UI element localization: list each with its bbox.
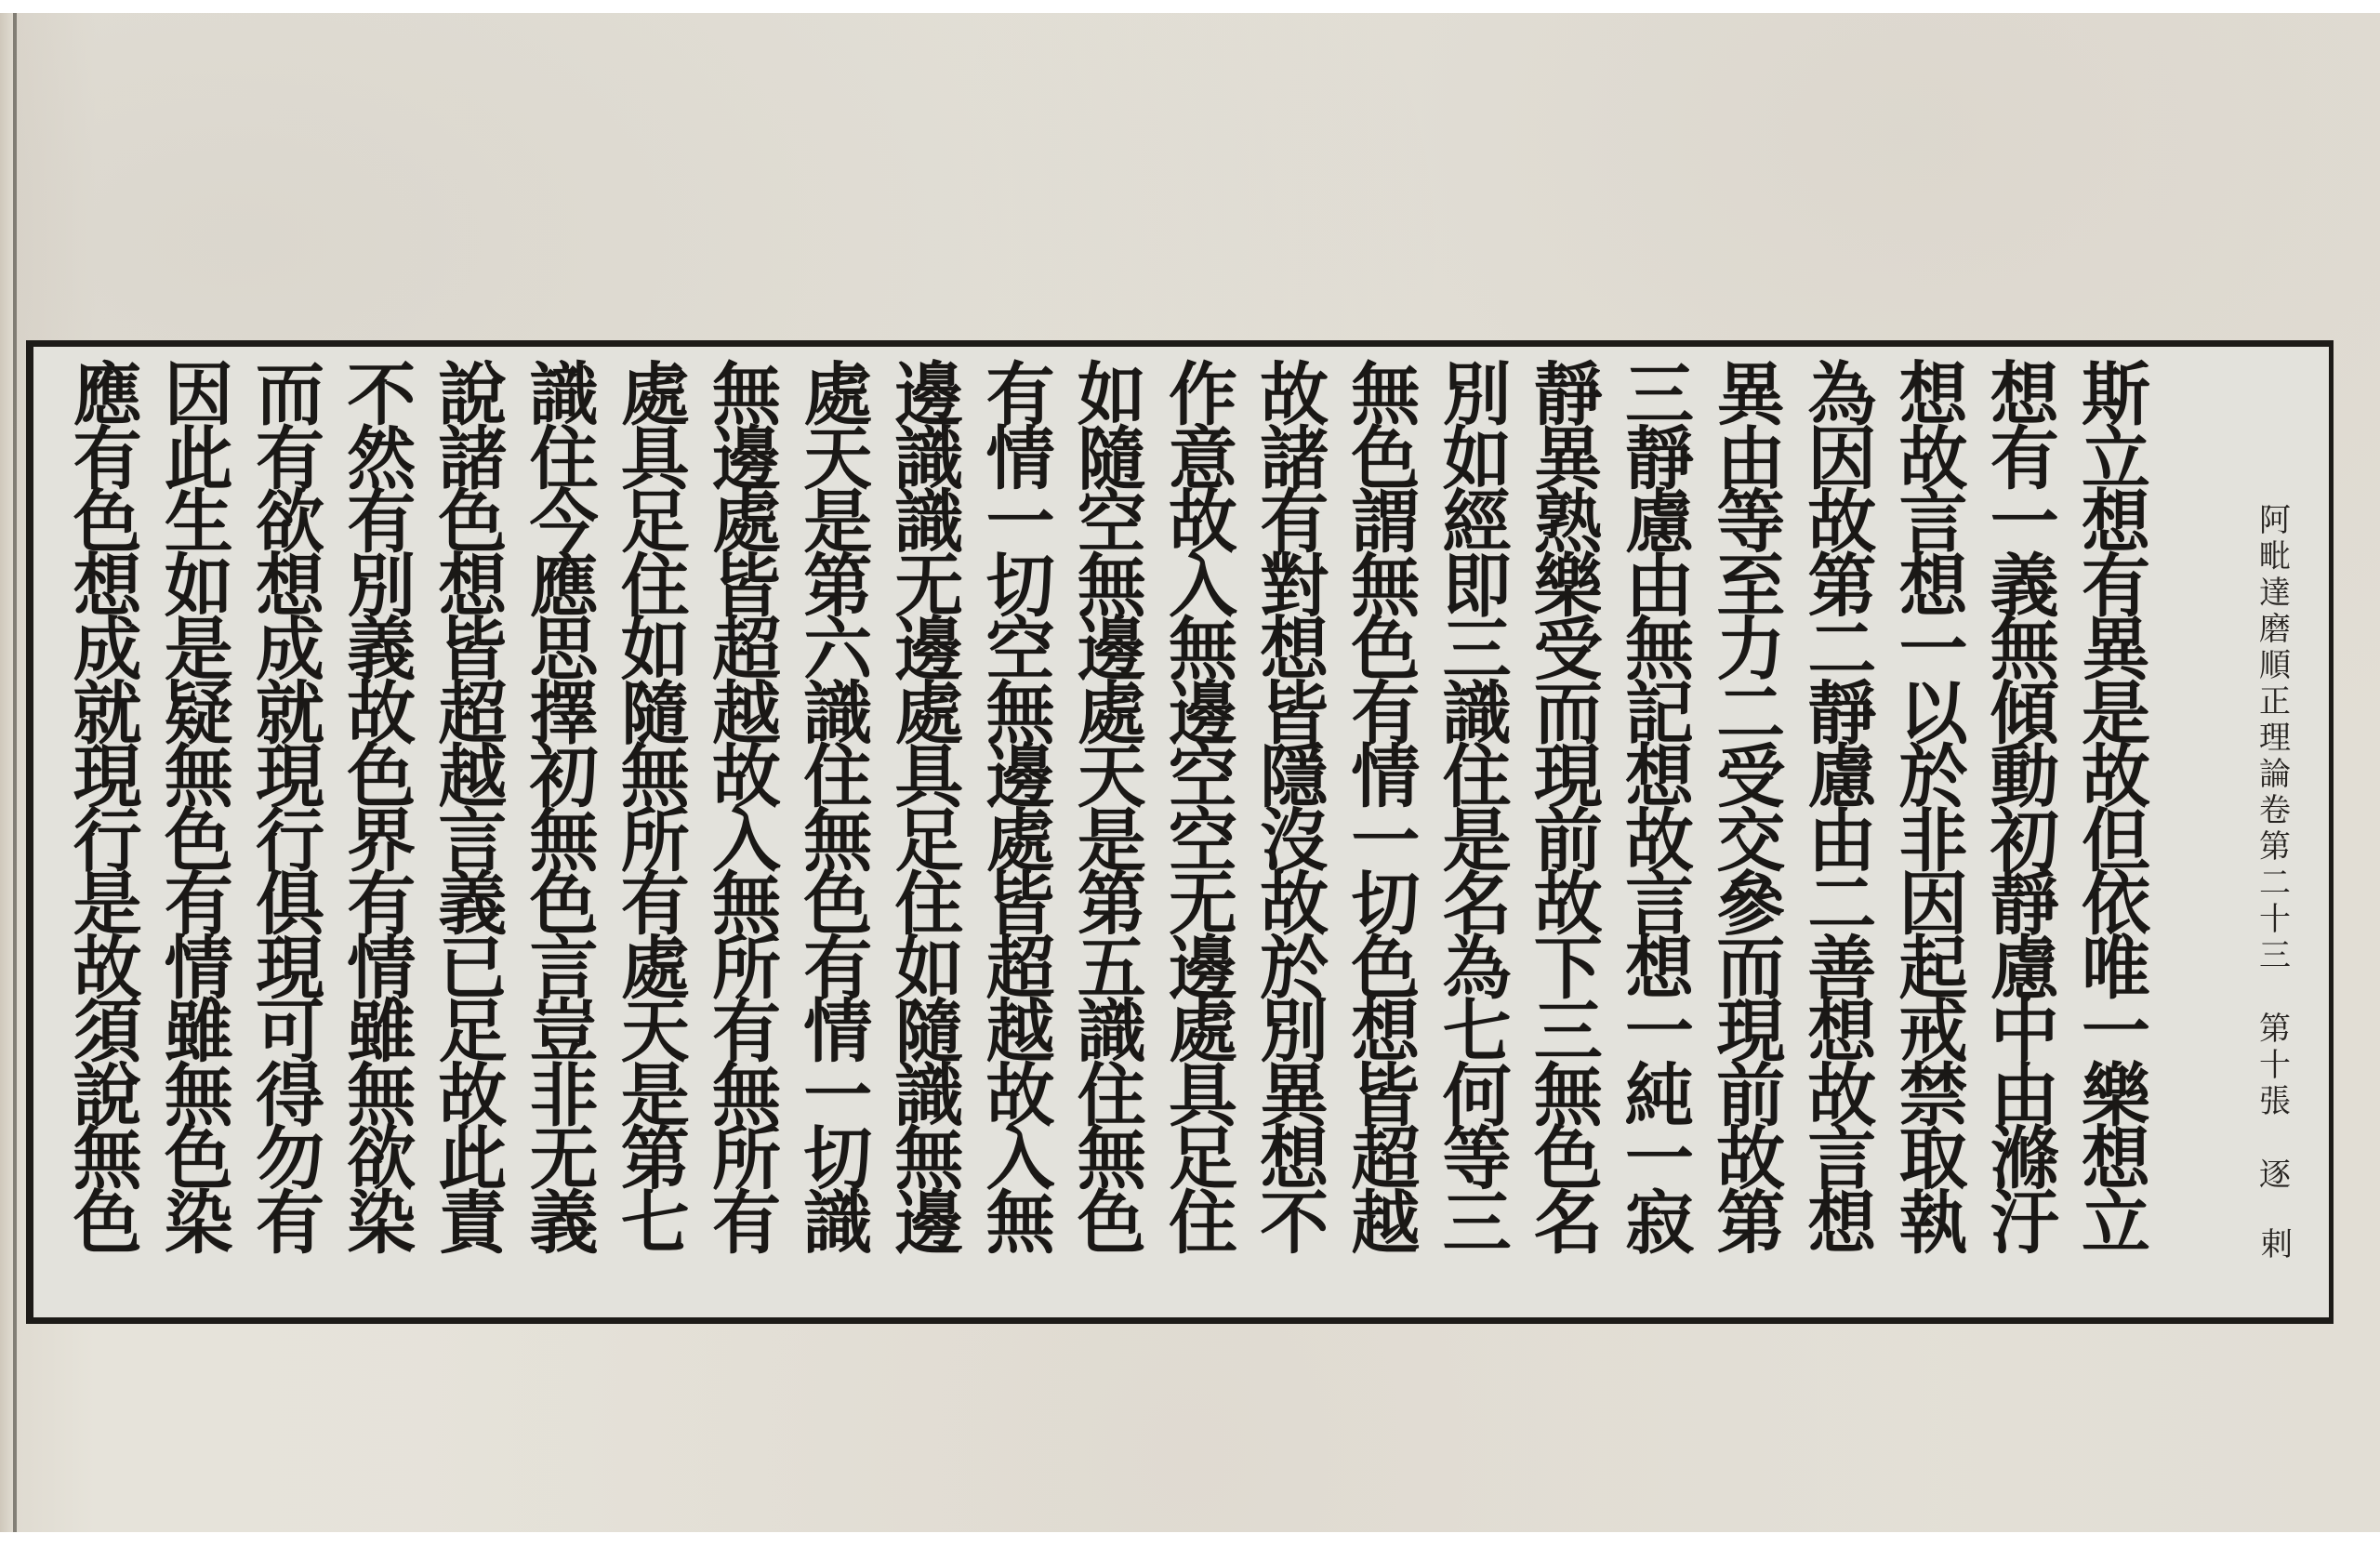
- character: 空: [1157, 810, 1249, 874]
- character: 汙: [1978, 1192, 2071, 1256]
- character: 有: [335, 491, 428, 555]
- character: 義: [335, 618, 428, 682]
- character: 邊: [974, 746, 1067, 810]
- text-column: 因此生如是疑無色有情雖無色染: [152, 364, 245, 1255]
- text-column: 處天是第六識住無色有情一切識: [791, 364, 884, 1255]
- character: 取: [1887, 1128, 1980, 1192]
- character: 如: [609, 618, 702, 682]
- character: 因: [152, 364, 245, 428]
- character: 故: [2069, 746, 2162, 810]
- character: 成: [61, 618, 154, 682]
- character: 邊: [1157, 937, 1249, 1001]
- character: 界: [335, 810, 428, 874]
- character: 有: [335, 873, 428, 937]
- character: 无: [882, 555, 975, 619]
- character: 如: [882, 937, 975, 1001]
- margin-header-title: 阿毗達磨順正理論卷第二十三: [2252, 503, 2298, 974]
- text-column: 想有一義無傾動初靜慮中由滌汙: [1978, 364, 2071, 1255]
- character: 想: [2069, 491, 2162, 555]
- character: 今: [518, 491, 611, 555]
- character: 故: [1704, 1128, 1797, 1192]
- character: 是: [2069, 682, 2162, 747]
- text-column: 三靜慮由無記想故言想一純一寂: [1613, 364, 1706, 1255]
- character: 現: [1522, 746, 1615, 810]
- character: 具: [1157, 1064, 1249, 1129]
- character: 一: [791, 1064, 884, 1129]
- character: 無: [882, 1128, 975, 1192]
- character: 不: [1248, 1192, 1341, 1256]
- character: 義: [518, 1192, 611, 1256]
- character: 邊: [1157, 682, 1249, 747]
- character: 有: [700, 1192, 793, 1256]
- character: 因: [1887, 873, 1980, 937]
- character: 言: [518, 937, 611, 1001]
- character: 於: [1248, 937, 1341, 1001]
- character: 空: [1157, 746, 1249, 810]
- spine-shadow: [0, 13, 13, 1532]
- character: 入: [974, 1128, 1067, 1192]
- text-column: 不然有別義故色界有情雖無欲染: [335, 364, 428, 1255]
- character: 色: [61, 1192, 154, 1256]
- character: 色: [152, 1128, 245, 1192]
- character: 天: [791, 428, 884, 492]
- character: 第: [2252, 1011, 2298, 1048]
- text-frame: 阿毗達磨順正理論卷第二十三 第十張 逐 剌 斯立想有異是故但依唯一樂想立想有一義…: [26, 340, 2334, 1324]
- character: 想: [1795, 1192, 1888, 1256]
- character: 想: [2069, 1128, 2162, 1192]
- character: 邊: [882, 364, 975, 428]
- character: 處: [609, 937, 702, 1001]
- character: 有: [244, 428, 337, 492]
- character: 切: [1339, 873, 1432, 937]
- character: 故: [426, 1064, 519, 1129]
- text-column: 如隨空無邊處天是第五識住無色: [1065, 364, 1158, 1255]
- character: 色: [1339, 937, 1432, 1001]
- character: 第: [2252, 829, 2298, 866]
- character: 切: [791, 1128, 884, 1192]
- character: 第: [791, 555, 884, 619]
- character: 現: [244, 746, 337, 810]
- character: 三: [2252, 938, 2298, 974]
- margin-header: 阿毗達磨順正理論卷第二十三 第十張 逐: [2252, 503, 2298, 1194]
- character: 三: [1613, 364, 1706, 428]
- character: 有: [61, 428, 154, 492]
- character: 靜: [1613, 428, 1706, 492]
- character: 無: [791, 810, 884, 874]
- character: 如: [152, 555, 245, 619]
- character: 超: [974, 937, 1067, 1001]
- character: 二: [1795, 618, 1888, 682]
- character: 隨: [1065, 428, 1158, 492]
- character: 第: [1795, 555, 1888, 619]
- character: 處: [700, 491, 793, 555]
- character: 以: [1887, 682, 1980, 747]
- character: 無: [1065, 1128, 1158, 1192]
- character: 二: [1704, 682, 1797, 747]
- character: 故: [1522, 873, 1615, 937]
- character: 義: [1978, 555, 2071, 619]
- character: 皆: [1339, 1064, 1432, 1129]
- character: 情: [1339, 746, 1432, 810]
- character: 越: [974, 1000, 1067, 1064]
- character: 皆: [974, 873, 1067, 937]
- character: 疑: [152, 682, 245, 747]
- character: 色: [1339, 428, 1432, 492]
- character: 此: [426, 1128, 519, 1192]
- character: 無: [700, 873, 793, 937]
- character: 隱: [1248, 746, 1341, 810]
- character: 言: [426, 810, 519, 874]
- character: 想: [426, 555, 519, 619]
- character: 第: [1065, 873, 1158, 937]
- character: 足: [426, 1000, 519, 1064]
- character: 受: [1522, 618, 1615, 682]
- character: 無: [152, 1064, 245, 1129]
- character: 越: [700, 682, 793, 747]
- character: 想: [1978, 364, 2071, 428]
- character: 識: [518, 364, 611, 428]
- character: 不: [335, 364, 428, 428]
- character: 切: [974, 555, 1067, 619]
- character: 無: [1978, 618, 2071, 682]
- character: 靜: [1978, 873, 2071, 937]
- character: 沒: [1248, 810, 1341, 874]
- character: 想: [61, 555, 154, 619]
- character: 天: [1065, 746, 1158, 810]
- character: 交: [1704, 810, 1797, 874]
- character: 識: [882, 428, 975, 492]
- character: 邊: [882, 618, 975, 682]
- character: 逐: [2252, 1157, 2298, 1194]
- character: 一: [1613, 1128, 1706, 1192]
- character: 無: [1339, 555, 1432, 619]
- character: 所: [609, 810, 702, 874]
- character: 就: [61, 682, 154, 747]
- character: 說: [426, 364, 519, 428]
- character: 有: [1339, 682, 1432, 747]
- character: 為: [1795, 364, 1888, 428]
- character: 斯: [2069, 364, 2162, 428]
- character: 言: [1795, 1128, 1888, 1192]
- character: 無: [609, 746, 702, 810]
- character: 足: [1157, 1128, 1249, 1192]
- text-column: 無邊處皆超越故入無所有無所有: [700, 364, 793, 1255]
- character: 超: [700, 618, 793, 682]
- character: 足: [609, 491, 702, 555]
- character: 六: [791, 618, 884, 682]
- character: 無: [700, 1064, 793, 1129]
- character: 執: [1887, 1192, 1980, 1256]
- character: 色: [791, 873, 884, 937]
- character: 故: [335, 682, 428, 747]
- character: 一: [1978, 491, 2071, 555]
- character: 十: [2252, 902, 2298, 938]
- character: 欲: [244, 491, 337, 555]
- margin-header-page-label: 第十張: [2252, 1011, 2298, 1120]
- character: 責: [426, 1192, 519, 1256]
- character: 異: [1704, 364, 1797, 428]
- character: 邊: [882, 1192, 975, 1256]
- character: 言: [1613, 873, 1706, 937]
- character: 熟: [1522, 491, 1615, 555]
- character: 理: [2252, 721, 2298, 757]
- character: 思: [518, 618, 611, 682]
- character: 等: [1704, 491, 1797, 555]
- character: 色: [335, 746, 428, 810]
- character: 想: [1339, 1000, 1432, 1064]
- character: 諸: [1248, 428, 1341, 492]
- page: 阿毗達磨順正理論卷第二十三 第十張 逐 剌 斯立想有異是故但依唯一樂想立想有一義…: [0, 13, 2380, 1532]
- character: 豈: [518, 1000, 611, 1064]
- character: 有: [609, 873, 702, 937]
- character: 經: [1431, 491, 1524, 555]
- character: 由: [1795, 810, 1888, 874]
- character: 得: [244, 1064, 337, 1129]
- character: 五: [1065, 937, 1158, 1001]
- character: 立: [2069, 1192, 2162, 1256]
- character: 是: [152, 618, 245, 682]
- character: 故: [974, 1064, 1067, 1129]
- character: 行: [61, 810, 154, 874]
- character: 毗: [2252, 539, 2298, 575]
- character: 七: [609, 1192, 702, 1256]
- character: 天: [609, 1000, 702, 1064]
- character: 空: [1065, 491, 1158, 555]
- character: 等: [1431, 1128, 1524, 1192]
- character: 住: [1065, 1064, 1158, 1129]
- character: 入: [700, 810, 793, 874]
- character: 隨: [882, 1000, 975, 1064]
- character: 染: [335, 1192, 428, 1256]
- character: 善: [1795, 937, 1888, 1001]
- character: 住: [1431, 746, 1524, 810]
- character: 想: [1248, 1128, 1341, 1192]
- character: 力: [1704, 618, 1797, 682]
- character: 滌: [1978, 1128, 2071, 1192]
- character: 十: [2252, 1048, 2298, 1084]
- character: 而: [1704, 937, 1797, 1001]
- character: 有: [152, 873, 245, 937]
- character: 應: [518, 555, 611, 619]
- character: 無: [974, 1192, 1067, 1256]
- character: 無: [61, 1128, 154, 1192]
- character: 故: [700, 746, 793, 810]
- character: 無: [1157, 618, 1249, 682]
- character: 名: [1522, 1192, 1615, 1256]
- character: 處: [974, 810, 1067, 874]
- character: 俱: [244, 873, 337, 937]
- character: 一: [1339, 810, 1432, 874]
- character: 寂: [1613, 1192, 1706, 1256]
- character: 對: [1248, 555, 1341, 619]
- character: 故: [1248, 364, 1341, 428]
- character: 超: [1339, 1128, 1432, 1192]
- character: 卷: [2252, 793, 2298, 829]
- character: 慮: [1978, 937, 2071, 1001]
- character: 起: [1887, 937, 1980, 1001]
- character: 隨: [609, 682, 702, 747]
- character: 邊: [700, 428, 793, 492]
- character: 住: [882, 873, 975, 937]
- text-column: 而有欲想成就現行俱現可得勿有: [244, 364, 337, 1255]
- character: 所: [700, 1128, 793, 1192]
- character: 唯: [2069, 937, 2162, 1001]
- character: 慮: [1795, 746, 1888, 810]
- character: 論: [2252, 757, 2298, 793]
- character: 具: [882, 746, 975, 810]
- character: 無: [700, 364, 793, 428]
- character: 想: [1887, 555, 1980, 619]
- character: 如: [1431, 428, 1524, 492]
- text-column: 想故言想一以於非因起戒禁取執: [1887, 364, 1980, 1255]
- character: 已: [426, 937, 519, 1001]
- character: 想: [1613, 746, 1706, 810]
- character: 如: [1065, 364, 1158, 428]
- character: 名: [1431, 873, 1524, 937]
- character: 第: [609, 1128, 702, 1192]
- character: 言: [1887, 491, 1980, 555]
- text-column: 處具足住如隨無所有處天是第七: [609, 364, 702, 1255]
- character: 於: [1887, 746, 1980, 810]
- character: 超: [426, 682, 519, 747]
- character: 而: [244, 364, 337, 428]
- character: 行: [244, 810, 337, 874]
- text-column: 靜異熟樂受而現前故下三無色名: [1522, 364, 1615, 1255]
- text-column: 應有色想成就現行是故須說無色: [61, 364, 154, 1255]
- character: 住: [518, 428, 611, 492]
- character: 無: [1339, 364, 1432, 428]
- character: 因: [1795, 428, 1888, 492]
- character: 處: [609, 364, 702, 428]
- character: 住: [609, 555, 702, 619]
- character: 前: [1704, 1064, 1797, 1129]
- character: 皆: [426, 618, 519, 682]
- character: 色: [426, 491, 519, 555]
- character: 无: [1157, 873, 1249, 937]
- character: 情: [974, 428, 1067, 492]
- character: 意: [1157, 428, 1249, 492]
- character: 現: [1704, 1000, 1797, 1064]
- character: 純: [1613, 1064, 1706, 1129]
- character: 所: [700, 937, 793, 1001]
- character: 何: [1431, 1064, 1524, 1129]
- character: 一: [1613, 1000, 1706, 1064]
- character: 識: [791, 682, 884, 747]
- character: 故: [1248, 873, 1341, 937]
- character: 處: [882, 682, 975, 747]
- text-column: 說諸色想皆超越言義已足故此責: [426, 364, 519, 1255]
- text-column: 故諸有對想皆隱沒故於別異想不: [1248, 364, 1341, 1255]
- character: 依: [2069, 873, 2162, 937]
- character: 識: [882, 1064, 975, 1129]
- character: 識: [791, 1192, 884, 1256]
- character: 越: [426, 746, 519, 810]
- character: 是: [1431, 810, 1524, 874]
- text-column: 作意故入無邊空空无邊處具足住: [1157, 364, 1249, 1255]
- margin-header-mark: 逐: [2252, 1157, 2298, 1194]
- character: 現: [244, 937, 337, 1001]
- character: 參: [1704, 873, 1797, 937]
- character: 故: [1795, 1064, 1888, 1129]
- character: 別: [1431, 364, 1524, 428]
- character: 想: [1887, 364, 1980, 428]
- character: 無: [152, 746, 245, 810]
- character: 張: [2252, 1084, 2298, 1120]
- character: 一: [974, 491, 1067, 555]
- character: 是: [791, 491, 884, 555]
- character: 謂: [1339, 491, 1432, 555]
- character: 識: [882, 491, 975, 555]
- character: 成: [244, 618, 337, 682]
- character: 禁: [1887, 1064, 1980, 1129]
- character: 雖: [152, 1000, 245, 1064]
- character: 一: [1887, 618, 1980, 682]
- character: 異: [1248, 1064, 1341, 1129]
- character: 阿: [2252, 503, 2298, 539]
- character: 有: [1978, 428, 2071, 492]
- character: 足: [882, 810, 975, 874]
- character: 傾: [1978, 682, 2071, 747]
- character: 故: [1157, 491, 1249, 555]
- character: 三: [1431, 1192, 1524, 1256]
- character: 立: [2069, 428, 2162, 492]
- character: 無: [335, 1064, 428, 1129]
- character: 入: [1157, 555, 1249, 619]
- carver-mark: 剌: [2254, 1219, 2300, 1264]
- character: 故: [1613, 810, 1706, 874]
- character: 非: [1887, 810, 1980, 874]
- character: 雖: [335, 1000, 428, 1064]
- character: 無: [1613, 618, 1706, 682]
- character: 無: [518, 810, 611, 874]
- character: 色: [518, 873, 611, 937]
- character: 初: [518, 746, 611, 810]
- character: 越: [1339, 1192, 1432, 1256]
- character: 處: [1157, 1000, 1249, 1064]
- character: 受: [1704, 746, 1797, 810]
- character: 具: [609, 428, 702, 492]
- character: 二: [1795, 873, 1888, 937]
- text-column: 識住今應思擇初無色言豈非无義: [518, 364, 611, 1255]
- character: 有: [791, 937, 884, 1001]
- character: 作: [1157, 364, 1249, 428]
- character: 有: [1248, 491, 1341, 555]
- character: 染: [152, 1192, 245, 1256]
- character: 而: [1522, 682, 1615, 747]
- character: 無: [974, 682, 1067, 747]
- character: 此: [152, 428, 245, 492]
- text-column: 為因故第二靜慮由二善想故言想: [1795, 364, 1888, 1255]
- text-column: 邊識識无邊處具足住如隨識無邊: [882, 364, 975, 1255]
- text-column: 有情一切空無邊處皆超越故入無: [974, 364, 1067, 1255]
- character: 邊: [1065, 618, 1158, 682]
- character: 現: [61, 746, 154, 810]
- character: 動: [1978, 746, 2071, 810]
- character: 下: [1522, 937, 1615, 1001]
- character: 欲: [335, 1128, 428, 1192]
- character: 三: [1431, 618, 1524, 682]
- character: 有: [974, 364, 1067, 428]
- character: 慮: [1613, 491, 1706, 555]
- character: 七: [1431, 1000, 1524, 1064]
- character: 色: [152, 810, 245, 874]
- character: 有: [244, 1192, 337, 1256]
- character: 磨: [2252, 612, 2298, 648]
- character: 就: [244, 682, 337, 747]
- character: 可: [244, 1000, 337, 1064]
- character: 由: [1704, 428, 1797, 492]
- character: 一: [2069, 1000, 2162, 1064]
